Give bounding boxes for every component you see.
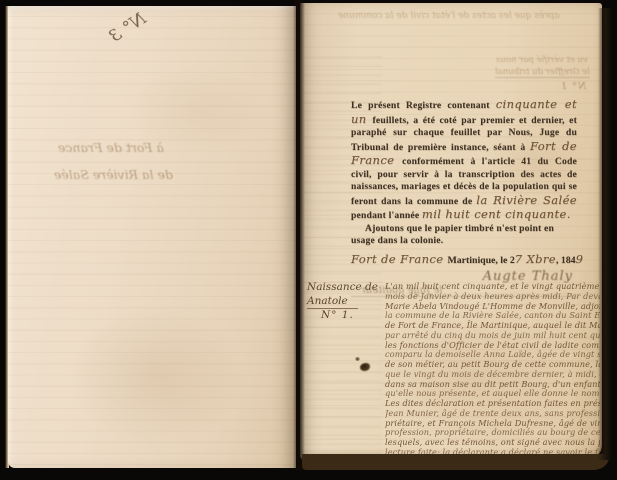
birth-act-body: L'an mil huit cent cinquante, et le ving… xyxy=(385,282,600,458)
paper-stain xyxy=(68,306,248,446)
handwritten-insert: 9 xyxy=(576,252,584,266)
right-page: après que les actes de l'état civil de l… xyxy=(300,3,602,459)
stamped-paper-note: Ajoutons que le papier timbré n'est poin… xyxy=(351,223,577,248)
mirrored-bleed-text: vu et vérifié par nous xyxy=(496,55,588,65)
page-right-edge-shadow xyxy=(598,8,612,460)
mirrored-bleed-text: de la Rivière Salée xyxy=(54,167,173,182)
underlying-pages-edge xyxy=(302,454,610,470)
mirrored-bleed-text: le Greffier du tribunal xyxy=(495,67,590,78)
book-gutter-shadow xyxy=(293,0,305,470)
handwritten-insert: 7 Xbre xyxy=(515,252,556,266)
mirrored-bleed-number: N° 1 xyxy=(560,81,586,92)
ink-blot xyxy=(355,357,360,361)
printed-text: Ajoutons que le papier timbré n'est poin… xyxy=(351,223,554,246)
place-date-line: Fort de France Martinique, le 27 Xbre, 1… xyxy=(351,252,577,266)
handwritten-insert: mil huit cent cinquante. xyxy=(422,207,571,221)
handwritten-insert: la Rivière Salée xyxy=(476,193,577,207)
left-page: N° 3 à Fort de France de la Rivière Salé… xyxy=(8,6,296,468)
handwritten-insert: Fort de France xyxy=(351,252,448,266)
margin-note-child-name: Anatole xyxy=(307,295,358,310)
margin-note-act-number: N° 1. xyxy=(307,309,387,323)
register-certification-paragraph: Le présent Registre contenant cinquante … xyxy=(351,98,577,223)
mirrored-bleed-text: après que les actes de l'état civil de l… xyxy=(338,11,560,21)
register-book-scan: N° 3 à Fort de France de la Rivière Salé… xyxy=(0,0,617,480)
printed-text: pendant l'année xyxy=(351,210,422,221)
printed-text: , 184 xyxy=(556,255,576,266)
mirrored-bleed-text: à Fort de France xyxy=(58,140,164,155)
printed-text: Martinique, le 2 xyxy=(448,255,515,266)
act-margin-note: Naissance de Anatole N° 1. xyxy=(307,281,387,323)
printed-text: Le présent Registre contenant xyxy=(351,100,496,111)
mirrored-corner-mark: N° 3 xyxy=(106,9,150,47)
margin-note-name-row: Anatole xyxy=(307,295,387,310)
bleed-through-lines xyxy=(8,6,296,468)
printed-header-column: Le présent Registre contenant cinquante … xyxy=(351,98,577,297)
margin-note-title: Naissance de xyxy=(307,281,387,295)
